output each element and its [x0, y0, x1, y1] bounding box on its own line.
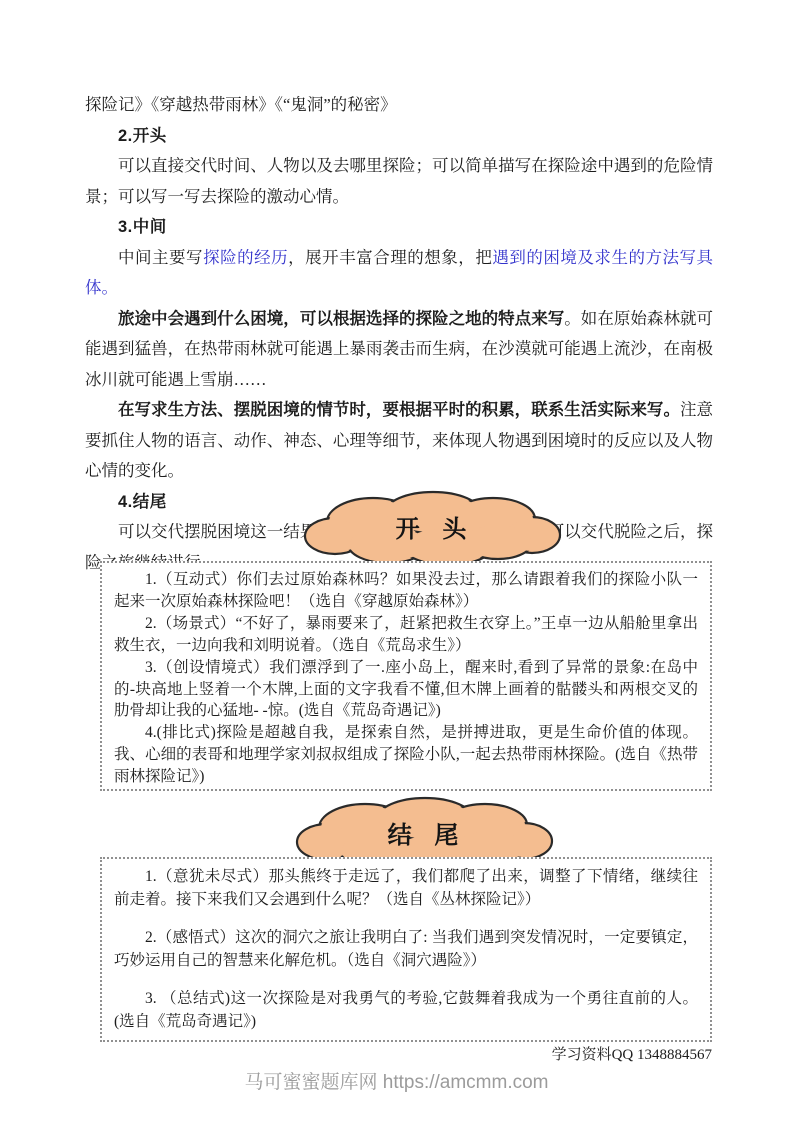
middle-lead-mid: ，展开丰富合理的想象，把 — [288, 248, 492, 267]
title-overflow-line: 探险记》《穿越热带雨林》《“鬼洞”的秘密》 — [85, 90, 713, 121]
middle-difficulty-bold: 旅途中会遇到什么困境，可以根据选择的探险之地的特点来写 — [118, 310, 564, 328]
cloud-label-ending: 结 尾 — [388, 822, 467, 849]
middle-survival-bold: 在写求生方法、摆脱困境的情节时，要根据平时的积累，联系生活实际来写。 — [118, 401, 680, 419]
beginning-example-4: 4.(排比式)探险是超越自我，是探索自然，是拼搏进取，更是生命价值的体现。我、心… — [114, 722, 698, 788]
examples-box-beginning: 1.（互动式）你们去过原始森林吗？如果没去过，那么请跟着我们的探险小队一起来一次… — [100, 561, 712, 791]
section-heading-beginning: 2.开头 — [85, 121, 713, 152]
middle-lead-highlight-1: 探险的经历 — [203, 248, 288, 267]
beginning-example-2: 2.（场景式）“不好了，暴雨要来了，赶紧把救生衣穿上。”王卓一边从船舱里拿出救生… — [114, 613, 698, 657]
middle-lead-paragraph: 中间主要写探险的经历，展开丰富合理的想象，把遇到的困境及求生的方法写具体。 — [85, 243, 713, 304]
cloud-label-beginning: 开 头 — [396, 516, 475, 543]
middle-difficulty-paragraph: 旅途中会遇到什么困境，可以根据选择的探险之地的特点来写。如在原始森林就可能遇到猛… — [85, 304, 713, 396]
document-page: 探险记》《穿越热带雨林》《“鬼洞”的秘密》 2.开头 可以直接交代时间、人物以及… — [0, 0, 793, 1122]
beginning-example-1: 1.（互动式）你们去过原始森林吗？如果没去过，那么请跟着我们的探险小队一起来一次… — [114, 569, 698, 613]
ending-example-3: 3. （总结式)这一次探险是对我勇气的考验,它鼓舞着我成为一个勇往直前的人。(选… — [114, 987, 698, 1033]
source-site-watermark: 马可蜜蜜题库网 https://amcmm.com — [0, 1067, 793, 1094]
section-heading-middle: 3.中间 — [85, 212, 713, 243]
examples-box-ending: 1.（意犹未尽式）那头熊终于走远了，我们都爬了出来，调整了下情绪，继续往前走着。… — [100, 857, 712, 1042]
middle-survival-paragraph: 在写求生方法、摆脱困境的情节时，要根据平时的积累，联系生活实际来写。注意要抓住人… — [85, 395, 713, 487]
ending-example-2: 2.（感悟式）这次的洞穴之旅让我明白了: 当我们遇到突发情况时，一定要镇定，巧妙… — [114, 926, 698, 972]
ending-example-1: 1.（意犹未尽式）那头熊终于走远了，我们都爬了出来，调整了下情绪，继续往前走着。… — [114, 865, 698, 911]
beginning-paragraph: 可以直接交代时间、人物以及去哪里探险；可以简单描写在探险途中遇到的危险情景；可以… — [85, 151, 713, 212]
middle-lead-pre: 中间主要写 — [118, 248, 203, 267]
beginning-example-3: 3.（创设情境式）我们漂浮到了一.座小岛上，醒来时,看到了异常的景象:在岛中的-… — [114, 657, 698, 723]
study-material-qq-note: 学习资料QQ 1348884567 — [552, 1043, 712, 1064]
